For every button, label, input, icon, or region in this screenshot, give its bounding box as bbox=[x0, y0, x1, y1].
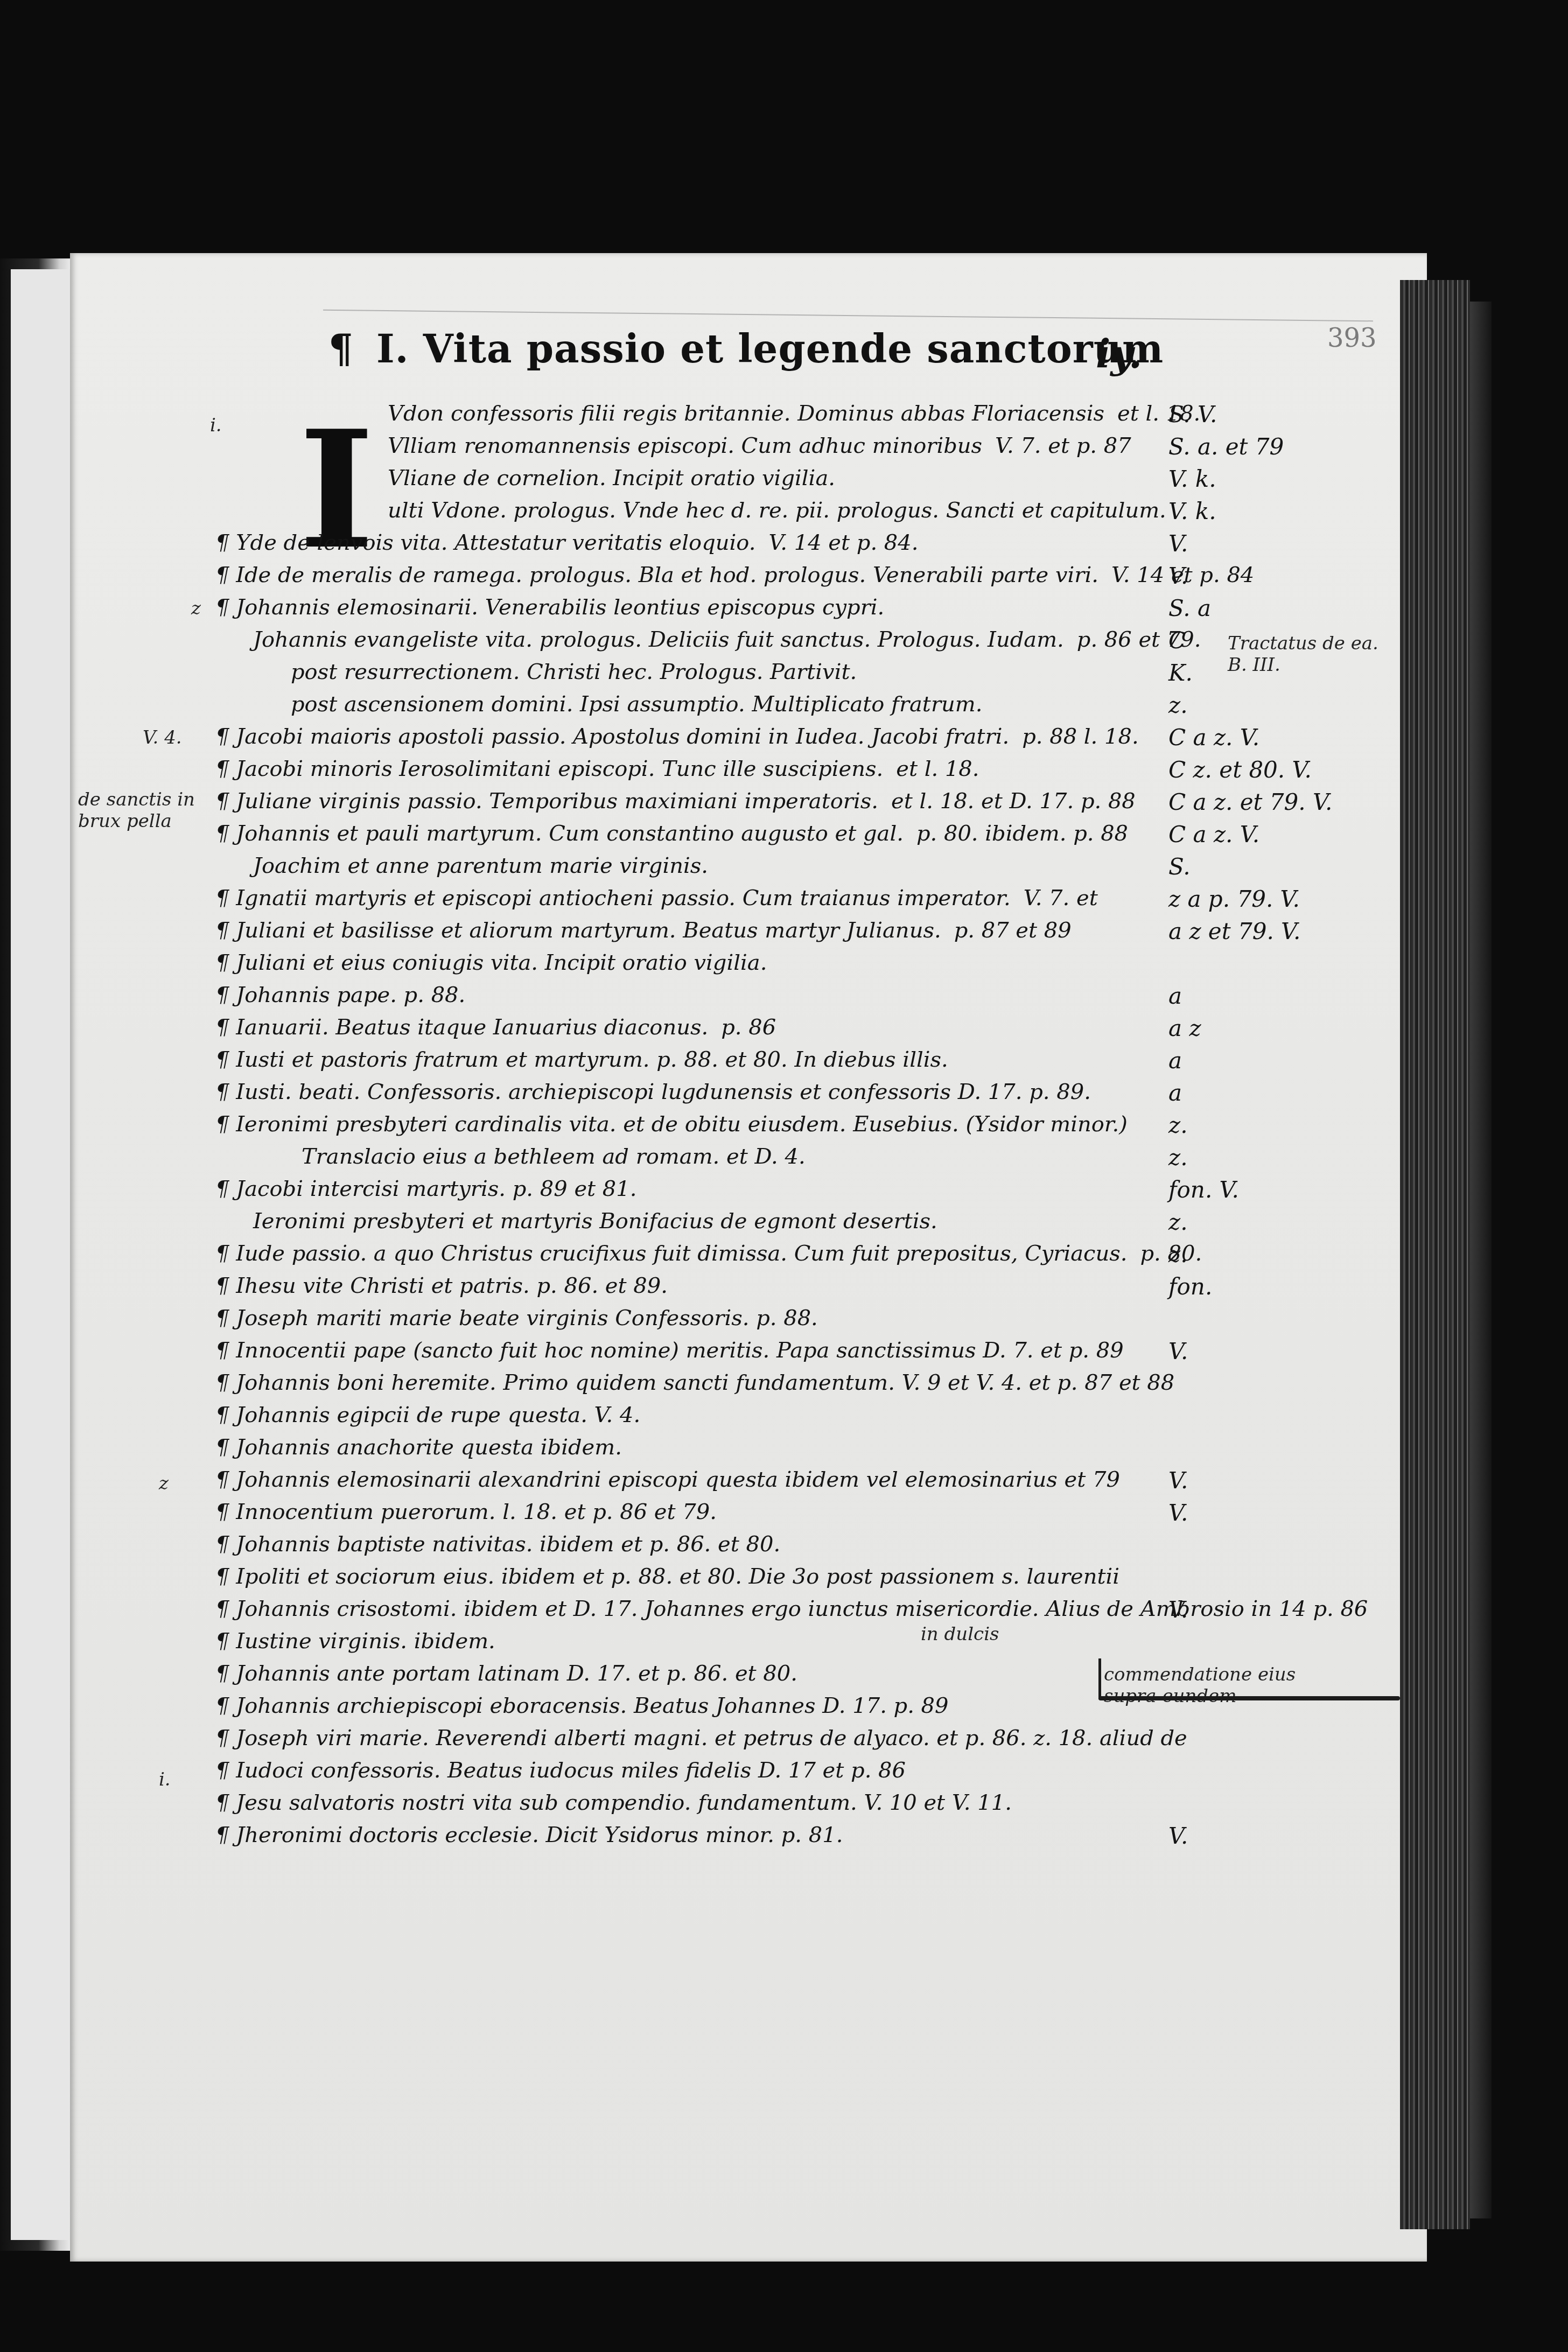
shelf-code: V. bbox=[1168, 1467, 1188, 1494]
entry-text: ¶ Joseph viri marie. Reverendi alberti m… bbox=[215, 1726, 1187, 1751]
entry-text: ¶ Juliani et basilisse et aliorum martyr… bbox=[215, 918, 941, 943]
index-entry: ¶ Jacobi intercisi martyris. p. 89 et 81… bbox=[215, 1177, 636, 1209]
entry-text: ¶ Joseph mariti marie beate virginis Con… bbox=[215, 1306, 818, 1331]
margin-note: z bbox=[191, 598, 201, 619]
index-entry: ¶ Innocentium puerorum. l. 18. et p. 86 … bbox=[215, 1500, 717, 1532]
shelf-code: z. bbox=[1168, 1241, 1187, 1268]
entry-references: p. 80. ibidem. p. 88 bbox=[916, 821, 1128, 846]
entry-text: Vliane de cornelion. Incipit oratio vigi… bbox=[388, 466, 835, 491]
margin-note: z bbox=[159, 1473, 169, 1494]
entry-references: et l. 18. et D. 17. p. 88 bbox=[891, 789, 1136, 814]
index-entry: ¶ Ide de meralis de ramega. prologus. Bl… bbox=[215, 563, 1254, 595]
shelf-code: S. a. et 79 bbox=[1168, 433, 1284, 460]
index-entry: ulti Vdone. prologus. Vnde hec d. re. pi… bbox=[388, 498, 1166, 530]
entry-text: ¶ Innocentium puerorum. l. 18. et p. 86 … bbox=[215, 1500, 717, 1524]
shelf-code: V. bbox=[1168, 1597, 1188, 1623]
entry-text: Translacio eius a bethleem ad romam. et … bbox=[302, 1144, 806, 1169]
shelf-code: z. bbox=[1168, 1209, 1187, 1235]
entry-text: ¶ Yde de lenvois vita. Attestatur verita… bbox=[215, 530, 755, 555]
index-entry: ¶ Johannis anachorite questa ibidem. bbox=[215, 1435, 622, 1467]
entry-text: ¶ Jacobi maioris apostoli passio. Aposto… bbox=[215, 724, 1009, 749]
index-entry: ¶ Juliani et eius coniugis vita. Incipit… bbox=[215, 950, 767, 983]
entry-text: ¶ Johannis et pauli martyrum. Cum consta… bbox=[215, 821, 904, 846]
index-entry: Joachim et anne parentum marie virginis. bbox=[253, 853, 708, 886]
folio-number: 393 bbox=[1327, 323, 1377, 353]
index-entry: ¶ Johannis baptiste nativitas. ibidem et… bbox=[215, 1532, 780, 1564]
index-entry: ¶ Yde de lenvois vita. Attestatur verita… bbox=[215, 530, 918, 563]
index-entry: ¶ Iusti et pastoris fratrum et martyrum.… bbox=[215, 1047, 948, 1080]
index-entry: ¶ Joseph viri marie. Reverendi alberti m… bbox=[215, 1726, 1187, 1758]
shelf-code: C bbox=[1168, 627, 1186, 654]
index-entry: ¶ Jacobi minoris Ierosolimitani episcopi… bbox=[215, 757, 979, 789]
margin-note: commendatione eius supra eundem bbox=[1104, 1664, 1296, 1707]
entry-text: post ascensionem domini. Ipsi assumptio.… bbox=[291, 692, 982, 717]
entry-text: ¶ Ianuarii. Beatus itaque Ianuarius diac… bbox=[215, 1015, 708, 1040]
entry-text: ¶ Johannis ante portam latinam D. 17. et… bbox=[215, 1661, 797, 1686]
shelf-code: a bbox=[1168, 983, 1182, 1009]
index-entry: ¶ Jheronimi doctoris ecclesie. Dicit Ysi… bbox=[215, 1823, 843, 1855]
shelf-code: z. bbox=[1168, 1144, 1187, 1171]
index-entry: ¶ Iudoci confessoris. Beatus iudocus mil… bbox=[215, 1758, 906, 1790]
margin-note: Tractatus de ea. B. III. bbox=[1228, 633, 1378, 676]
entry-text: ¶ Ignatii martyris et episcopi antiochen… bbox=[215, 886, 1011, 911]
entry-references: et l. 18. bbox=[896, 757, 979, 781]
entry-text: ¶ Jacobi minoris Ierosolimitani episcopi… bbox=[215, 757, 883, 781]
entry-text: ¶ Iusti et pastoris fratrum et martyrum.… bbox=[215, 1047, 948, 1072]
shelf-code: C a z. V. bbox=[1168, 724, 1259, 751]
entry-text: Joachim et anne parentum marie virginis. bbox=[253, 853, 708, 878]
shelf-code: a z bbox=[1168, 1015, 1201, 1041]
entry-text: ¶ Johannis egipcii de rupe questa. V. 4. bbox=[215, 1403, 640, 1427]
entry-references: p. 88 l. 18. bbox=[1022, 724, 1138, 749]
entry-text: ¶ Johannis archiepiscopi eboracensis. Be… bbox=[215, 1693, 949, 1718]
index-entry: ¶ Iude passio. a quo Christus crucifixus… bbox=[215, 1241, 1202, 1273]
index-entry: ¶ Innocentii pape (sancto fuit hoc nomin… bbox=[215, 1338, 1124, 1370]
shelf-code: C a z. et 79. V. bbox=[1168, 789, 1332, 815]
index-entry: ¶ Johannis elemosinarii. Venerabilis leo… bbox=[215, 595, 884, 627]
entry-text: ¶ Ihesu vite Christi et patris. p. 86. e… bbox=[215, 1273, 668, 1298]
entry-text: ¶ Iustine virginis. ibidem. bbox=[215, 1629, 495, 1654]
heading-text: I. Vita passio et legende sanctorum bbox=[376, 326, 1164, 372]
shelf-code: V. k. bbox=[1168, 466, 1216, 492]
shelf-code: fon. bbox=[1168, 1273, 1212, 1300]
shelf-code: C a z. V. bbox=[1168, 821, 1259, 848]
index-entry: Vdon confessoris filii regis britannie. … bbox=[388, 401, 1200, 433]
entry-references: V. 7. et p. 87 bbox=[995, 433, 1131, 458]
shelf-code: fon. V. bbox=[1168, 1177, 1239, 1203]
index-entry: ¶ Jesu salvatoris nostri vita sub compen… bbox=[215, 1790, 1012, 1823]
shelf-code: V. k. bbox=[1168, 498, 1216, 524]
entry-text: ¶ Ieronimi presbyteri cardinalis vita. e… bbox=[215, 1112, 1128, 1137]
shelf-code: a bbox=[1168, 1080, 1182, 1106]
index-entry: Vliane de cornelion. Incipit oratio vigi… bbox=[388, 466, 835, 498]
index-entry: ¶ Johannis boni heremite. Primo quidem s… bbox=[215, 1370, 1174, 1403]
margin-note: V. 4. bbox=[143, 727, 182, 748]
entry-text: Johannis evangeliste vita. prologus. Del… bbox=[253, 627, 1064, 652]
index-entry: ¶ Johannis elemosinarii alexandrini epis… bbox=[215, 1467, 1120, 1500]
bracket-stroke bbox=[1098, 1658, 1101, 1699]
index-entry: ¶ Johannis archiepiscopi eboracensis. Be… bbox=[215, 1693, 949, 1726]
margin-note: de sanctis in brux pella bbox=[78, 789, 195, 832]
index-entry: post ascensionem domini. Ipsi assumptio.… bbox=[291, 692, 982, 724]
index-entry: ¶ Johannis crisostomi. ibidem et D. 17. … bbox=[215, 1597, 1368, 1629]
index-entry: ¶ Juliane virginis passio. Temporibus ma… bbox=[215, 789, 1136, 821]
entry-text: ¶ Johannis pape. p. 88. bbox=[215, 983, 465, 1007]
entry-text: ¶ Jacobi intercisi martyris. p. 89 et 81… bbox=[215, 1177, 636, 1201]
closing-rule bbox=[1098, 1696, 1400, 1700]
index-entry: ¶ Johannis et pauli martyrum. Cum consta… bbox=[215, 821, 1128, 853]
shelf-code: V. bbox=[1168, 1823, 1188, 1849]
entry-text: post resurrectionem. Christi hec. Prolog… bbox=[291, 660, 857, 684]
entry-text: ¶ Ide de meralis de ramega. prologus. Bl… bbox=[215, 563, 1098, 587]
pilcrow-icon: ¶ bbox=[328, 326, 354, 372]
entry-text: ¶ Juliane virginis passio. Temporibus ma… bbox=[215, 789, 878, 814]
entry-text: Ieronimi presbyteri et martyris Bonifaci… bbox=[253, 1209, 937, 1234]
shelf-code: z. bbox=[1168, 1112, 1187, 1138]
entry-references: p. 86 bbox=[721, 1015, 776, 1040]
index-entry: ¶ Johannis egipcii de rupe questa. V. 4. bbox=[215, 1403, 640, 1435]
index-entry: ¶ Juliani et basilisse et aliorum martyr… bbox=[215, 918, 1072, 950]
entry-text: ¶ Johannis elemosinarii alexandrini epis… bbox=[215, 1467, 1120, 1492]
entry-text: ¶ Iusti. beati. Confessoris. archiepisco… bbox=[215, 1080, 1091, 1104]
entry-references: V. 14 et p. 84. bbox=[768, 530, 918, 555]
entry-references: p. 87 et 89 bbox=[954, 918, 1072, 943]
shelf-code: C z. et 80. V. bbox=[1168, 757, 1312, 783]
shelf-code: V. bbox=[1168, 563, 1188, 589]
shelf-code: V. bbox=[1168, 530, 1188, 557]
entry-text: ¶ Jesu salvatoris nostri vita sub compen… bbox=[215, 1790, 1012, 1815]
entry-text: ¶ Innocentii pape (sancto fuit hoc nomin… bbox=[215, 1338, 1124, 1363]
shelf-code: S. a bbox=[1168, 595, 1211, 621]
index-entry: ¶ Ieronimi presbyteri cardinalis vita. e… bbox=[215, 1112, 1128, 1144]
index-entry: ¶ Iustine virginis. ibidem. bbox=[215, 1629, 495, 1661]
facing-page-edge bbox=[11, 269, 71, 2240]
entry-text: ¶ Johannis anachorite questa ibidem. bbox=[215, 1435, 622, 1460]
index-entry: ¶ Iusti. beati. Confessoris. archiepisco… bbox=[215, 1080, 1091, 1112]
entry-text: Vdon confessoris filii regis britannie. … bbox=[388, 401, 1104, 426]
index-entry: ¶ Ihesu vite Christi et patris. p. 86. e… bbox=[215, 1273, 668, 1306]
index-entry: ¶ Johannis pape. p. 88. bbox=[215, 983, 465, 1015]
index-entry: ¶ Ignatii martyris et episcopi antiochen… bbox=[215, 886, 1098, 918]
entry-text: ¶ Johannis crisostomi. ibidem et D. 17. … bbox=[215, 1597, 1368, 1621]
entry-text: ¶ Ipoliti et sociorum eius. ibidem et p.… bbox=[215, 1564, 1119, 1589]
shelf-code: S. V. bbox=[1168, 401, 1217, 428]
book-edge bbox=[1470, 302, 1492, 2218]
index-entry: ¶ Johannis ante portam latinam D. 17. et… bbox=[215, 1661, 797, 1693]
entry-text: ¶ Johannis boni heremite. Primo quidem s… bbox=[215, 1370, 1174, 1395]
shelf-code: K. bbox=[1168, 660, 1193, 686]
shelf-code: V. bbox=[1168, 1338, 1188, 1364]
index-entry: ¶ Joseph mariti marie beate virginis Con… bbox=[215, 1306, 818, 1338]
section-marker: iy. bbox=[1096, 331, 1142, 377]
entry-text: ¶ Jheronimi doctoris ecclesie. Dicit Ysi… bbox=[215, 1823, 843, 1847]
index-entry: Vlliam renomannensis episcopi. Cum adhuc… bbox=[388, 433, 1131, 466]
margin-note: i. bbox=[159, 1769, 171, 1790]
shelf-code: V. bbox=[1168, 1500, 1188, 1526]
index-entry: ¶ Ipoliti et sociorum eius. ibidem et p.… bbox=[215, 1564, 1119, 1597]
entry-text: Vlliam renomannensis episcopi. Cum adhuc… bbox=[388, 433, 982, 458]
book-binding bbox=[1400, 280, 1470, 2229]
entry-text: ¶ Johannis baptiste nativitas. ibidem et… bbox=[215, 1532, 780, 1557]
entry-text: ¶ Iude passio. a quo Christus crucifixus… bbox=[215, 1241, 1128, 1266]
index-entry: ¶ Jacobi maioris apostoli passio. Aposto… bbox=[215, 724, 1139, 757]
shelf-code: z. bbox=[1168, 692, 1187, 718]
entry-text: ¶ Juliani et eius coniugis vita. Incipit… bbox=[215, 950, 767, 975]
index-entry: ¶ Ianuarii. Beatus itaque Ianuarius diac… bbox=[215, 1015, 776, 1047]
entry-text: ¶ Johannis elemosinarii. Venerabilis leo… bbox=[215, 595, 884, 620]
index-entry: Translacio eius a bethleem ad romam. et … bbox=[302, 1144, 806, 1177]
shelf-code: a bbox=[1168, 1047, 1182, 1074]
shelf-code: S. bbox=[1168, 853, 1191, 880]
page-heading: ¶ I. Vita passio et legende sanctorum bbox=[328, 326, 1164, 372]
index-entry: Ieronimi presbyteri et martyris Bonifaci… bbox=[253, 1209, 937, 1241]
entry-references: V. 7. et bbox=[1024, 886, 1098, 911]
margin-note: in dulcis bbox=[921, 1623, 999, 1645]
margin-note: i. bbox=[210, 415, 222, 436]
entry-text: ulti Vdone. prologus. Vnde hec d. re. pi… bbox=[388, 498, 1166, 523]
shelf-code: z a p. 79. V. bbox=[1168, 886, 1300, 912]
index-entry: post resurrectionem. Christi hec. Prolog… bbox=[291, 660, 857, 692]
index-entry: Johannis evangeliste vita. prologus. Del… bbox=[253, 627, 1201, 660]
entry-text: ¶ Iudoci confessoris. Beatus iudocus mil… bbox=[215, 1758, 906, 1783]
shelf-code: a z et 79. V. bbox=[1168, 918, 1300, 944]
